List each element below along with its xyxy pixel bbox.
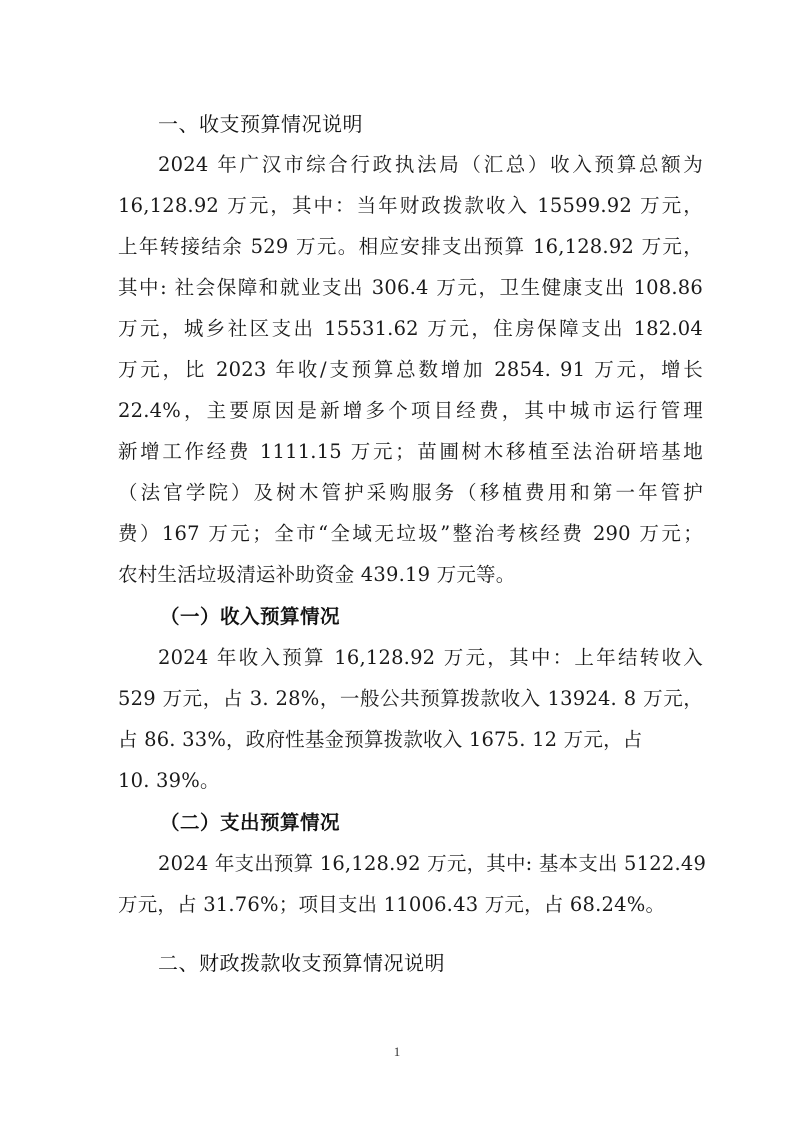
section-heading-1: 一、收支预算情况说明 [158, 111, 363, 137]
document-page: 一、收支预算情况说明 2024 年广汉市综合行政执法局（汇总）收入预算总额为 1… [0, 0, 793, 1122]
paragraph-line: 2024 年收入预算 16,128.92 万元，其中：上年结转收入 [158, 646, 703, 670]
subsection-heading-income: （一）收入预算情况 [160, 604, 340, 630]
paragraph-line: 22.4%，主要原因是新增多个项目经费，其中城市运行管理 [118, 399, 703, 423]
section-heading-2: 二、财政拨款收支预算情况说明 [158, 950, 445, 976]
paragraph-line: （法官学院）及树木管护采购服务（移植费用和第一年管护 [118, 481, 703, 505]
paragraph-line: 其中: 社会保障和就业支出 306.4 万元，卫生健康支出 108.86 [118, 276, 703, 300]
paragraph-line: 占 86. 33%，政府性基金预算拨款收入 1675. 12 万元，占 [118, 728, 703, 752]
page-number: 1 [390, 1044, 404, 1060]
paragraph-line: 16,128.92 万元，其中：当年财政拨款收入 15599.92 万元， [118, 194, 703, 218]
paragraph-line: 2024 年广汉市综合行政执法局（汇总）收入预算总额为 [158, 153, 703, 177]
paragraph-line: 2024 年支出预算 16,128.92 万元，其中: 基本支出 5122.49 [158, 852, 703, 876]
paragraph-line: 529 万元，占 3. 28%，一般公共预算拨款收入 13924. 8 万元， [118, 687, 703, 711]
paragraph-line: 上年转接结余 529 万元。相应安排支出预算 16,128.92 万元， [118, 235, 703, 259]
paragraph-line: 万元，比 2023 年收/支预算总数增加 2854. 91 万元，增长 [118, 358, 703, 382]
paragraph-line: 万元，占 31.76%；项目支出 11006.43 万元，占 68.24%。 [118, 893, 703, 917]
subsection-heading-expenditure: （二）支出预算情况 [160, 810, 340, 836]
paragraph-line: 新增工作经费 1111.15 万元；苗圃树木移植至法治研培基地 [118, 440, 703, 464]
paragraph-line: 农村生活垃圾清运补助资金 439.19 万元等。 [118, 563, 703, 587]
paragraph-line: 10. 39%。 [118, 769, 703, 793]
paragraph-line: 费）167 万元；全市“全域无垃圾”整治考核经费 290 万元； [118, 522, 703, 546]
paragraph-line: 万元，城乡社区支出 15531.62 万元，住房保障支出 182.04 [118, 317, 703, 341]
